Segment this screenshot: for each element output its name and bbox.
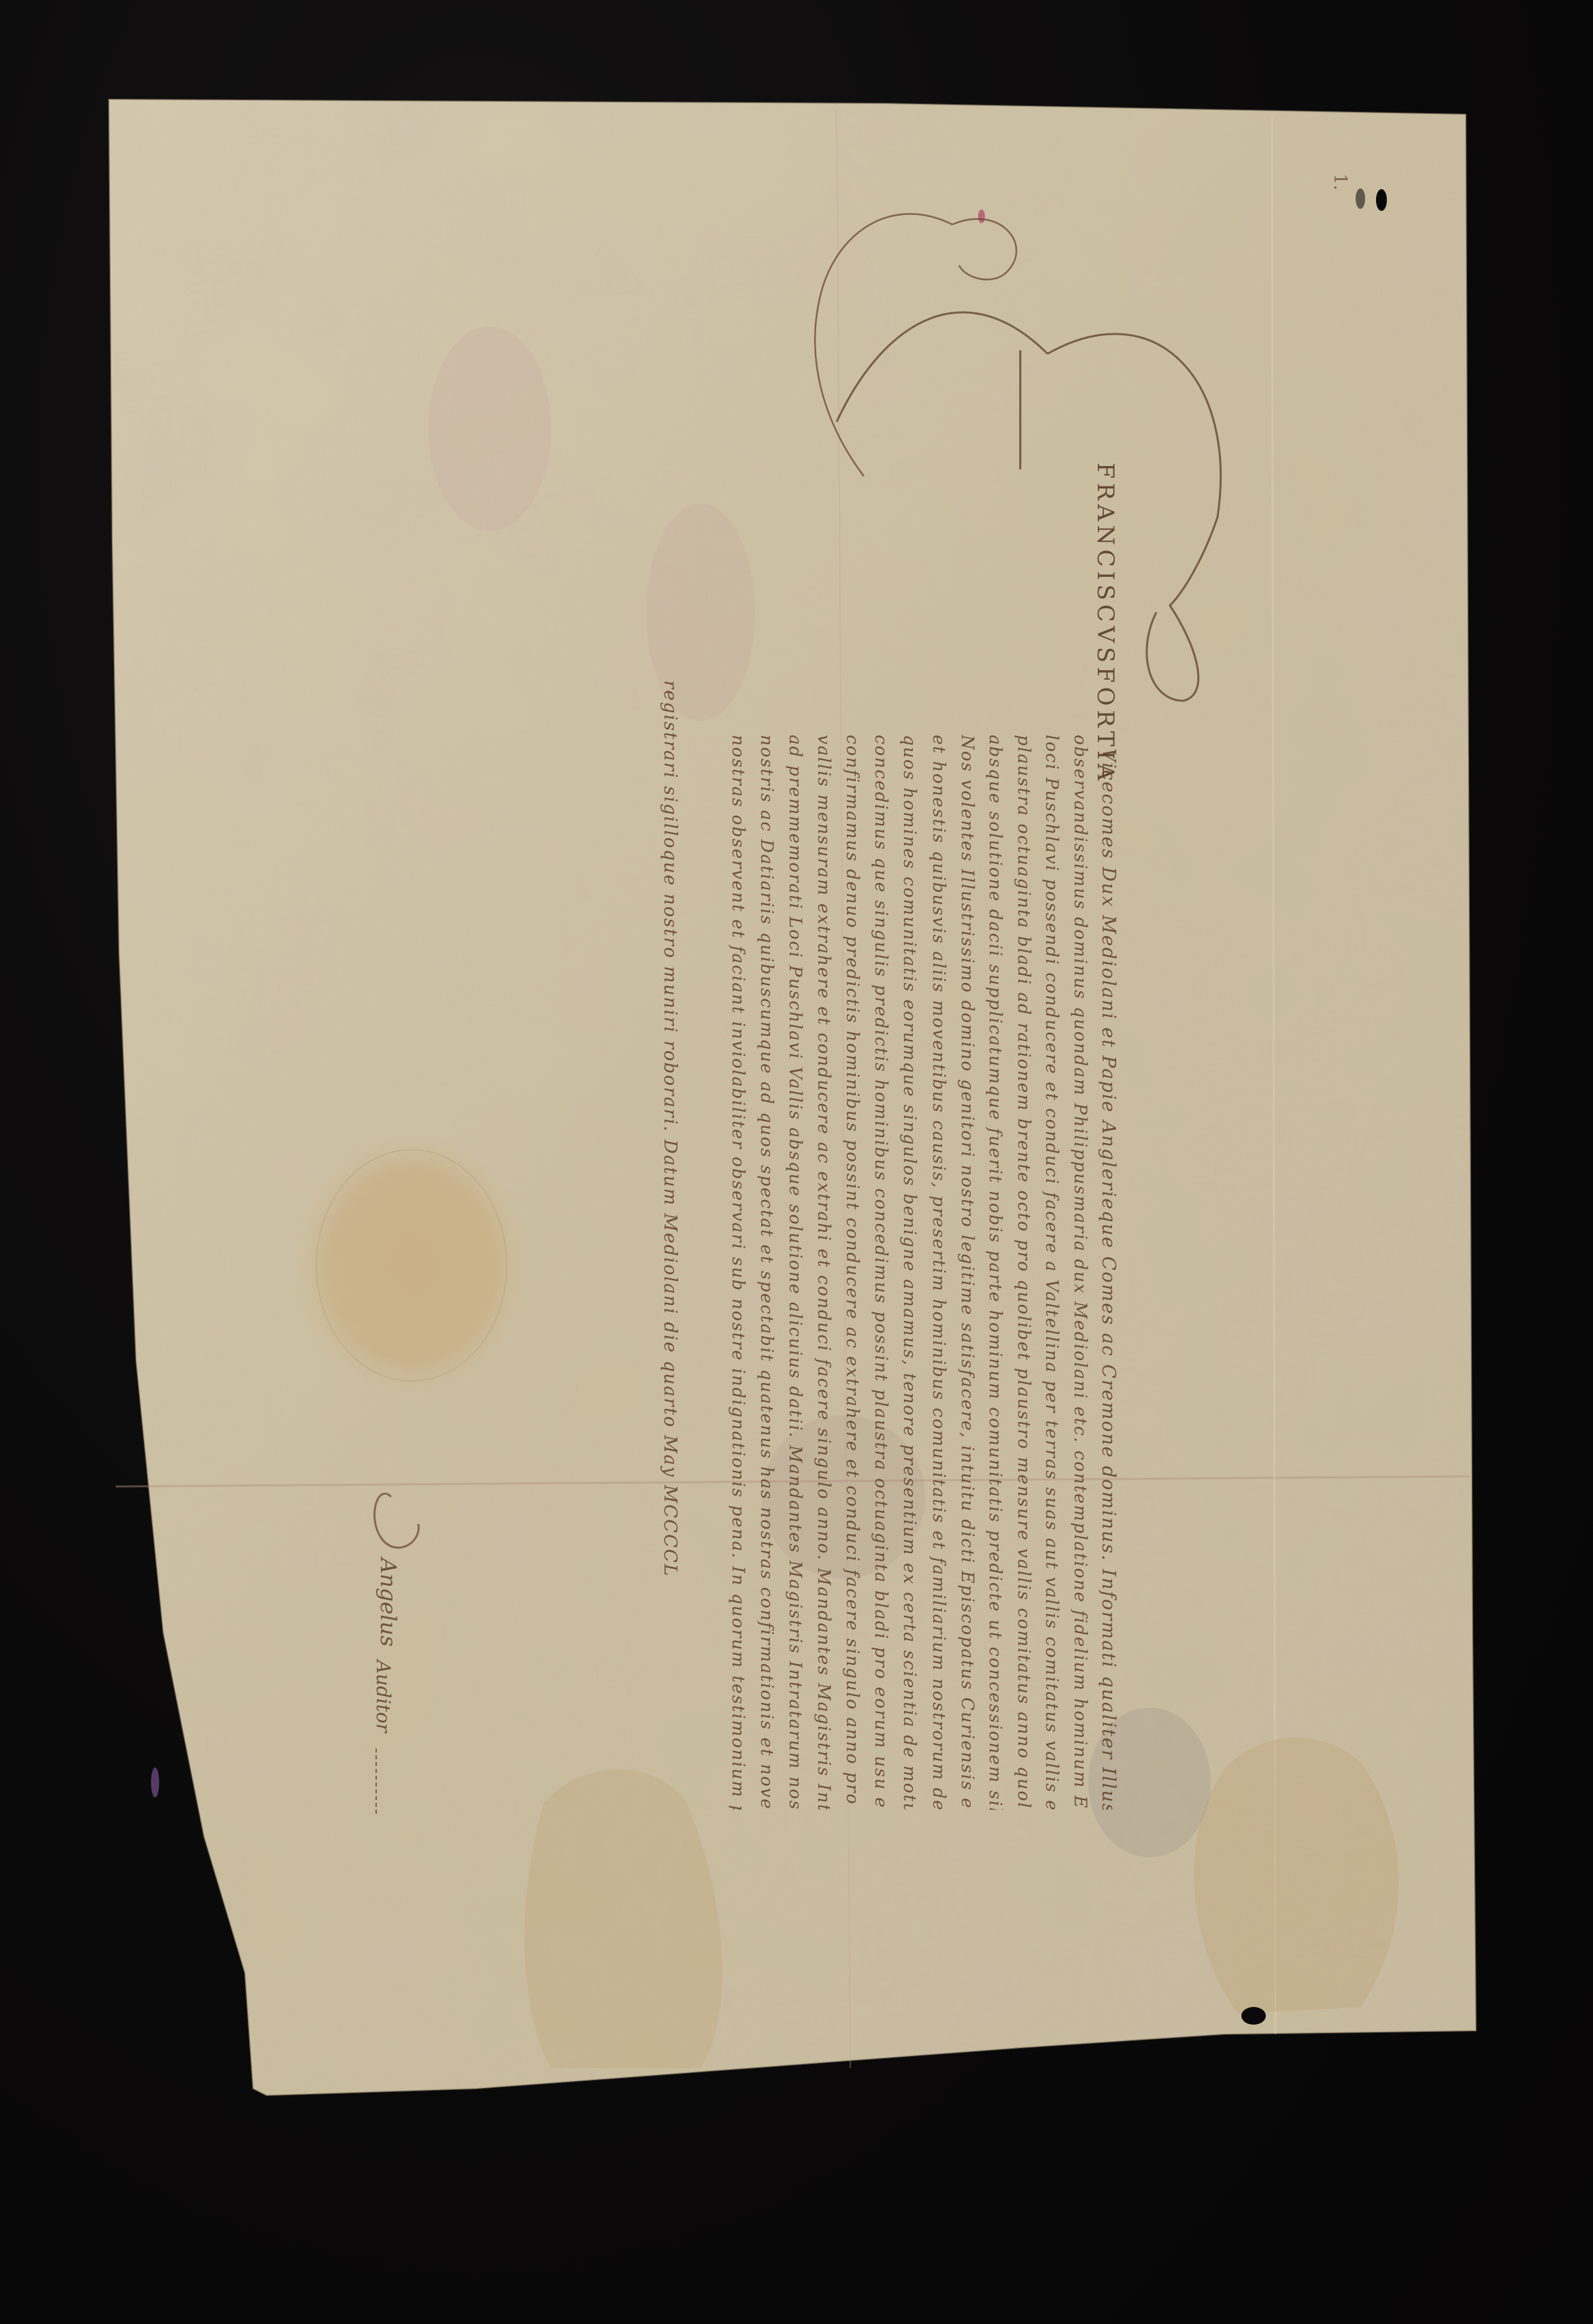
signature-auditor: Auditor: [372, 1660, 395, 1733]
hole-top-right-b: [1376, 189, 1387, 211]
hole-bottom-right: [1241, 2007, 1266, 2025]
parchment-sheet: [0, 0, 1593, 2324]
parchment-graphic: [0, 0, 1593, 2324]
seal-stain: [292, 1129, 531, 1401]
hole-top-right-a: [1356, 188, 1365, 209]
folio-mark: 1.: [1330, 173, 1350, 190]
signature-angelus: Angelus: [375, 1558, 401, 1646]
water-stain-right: [1194, 1738, 1398, 2014]
